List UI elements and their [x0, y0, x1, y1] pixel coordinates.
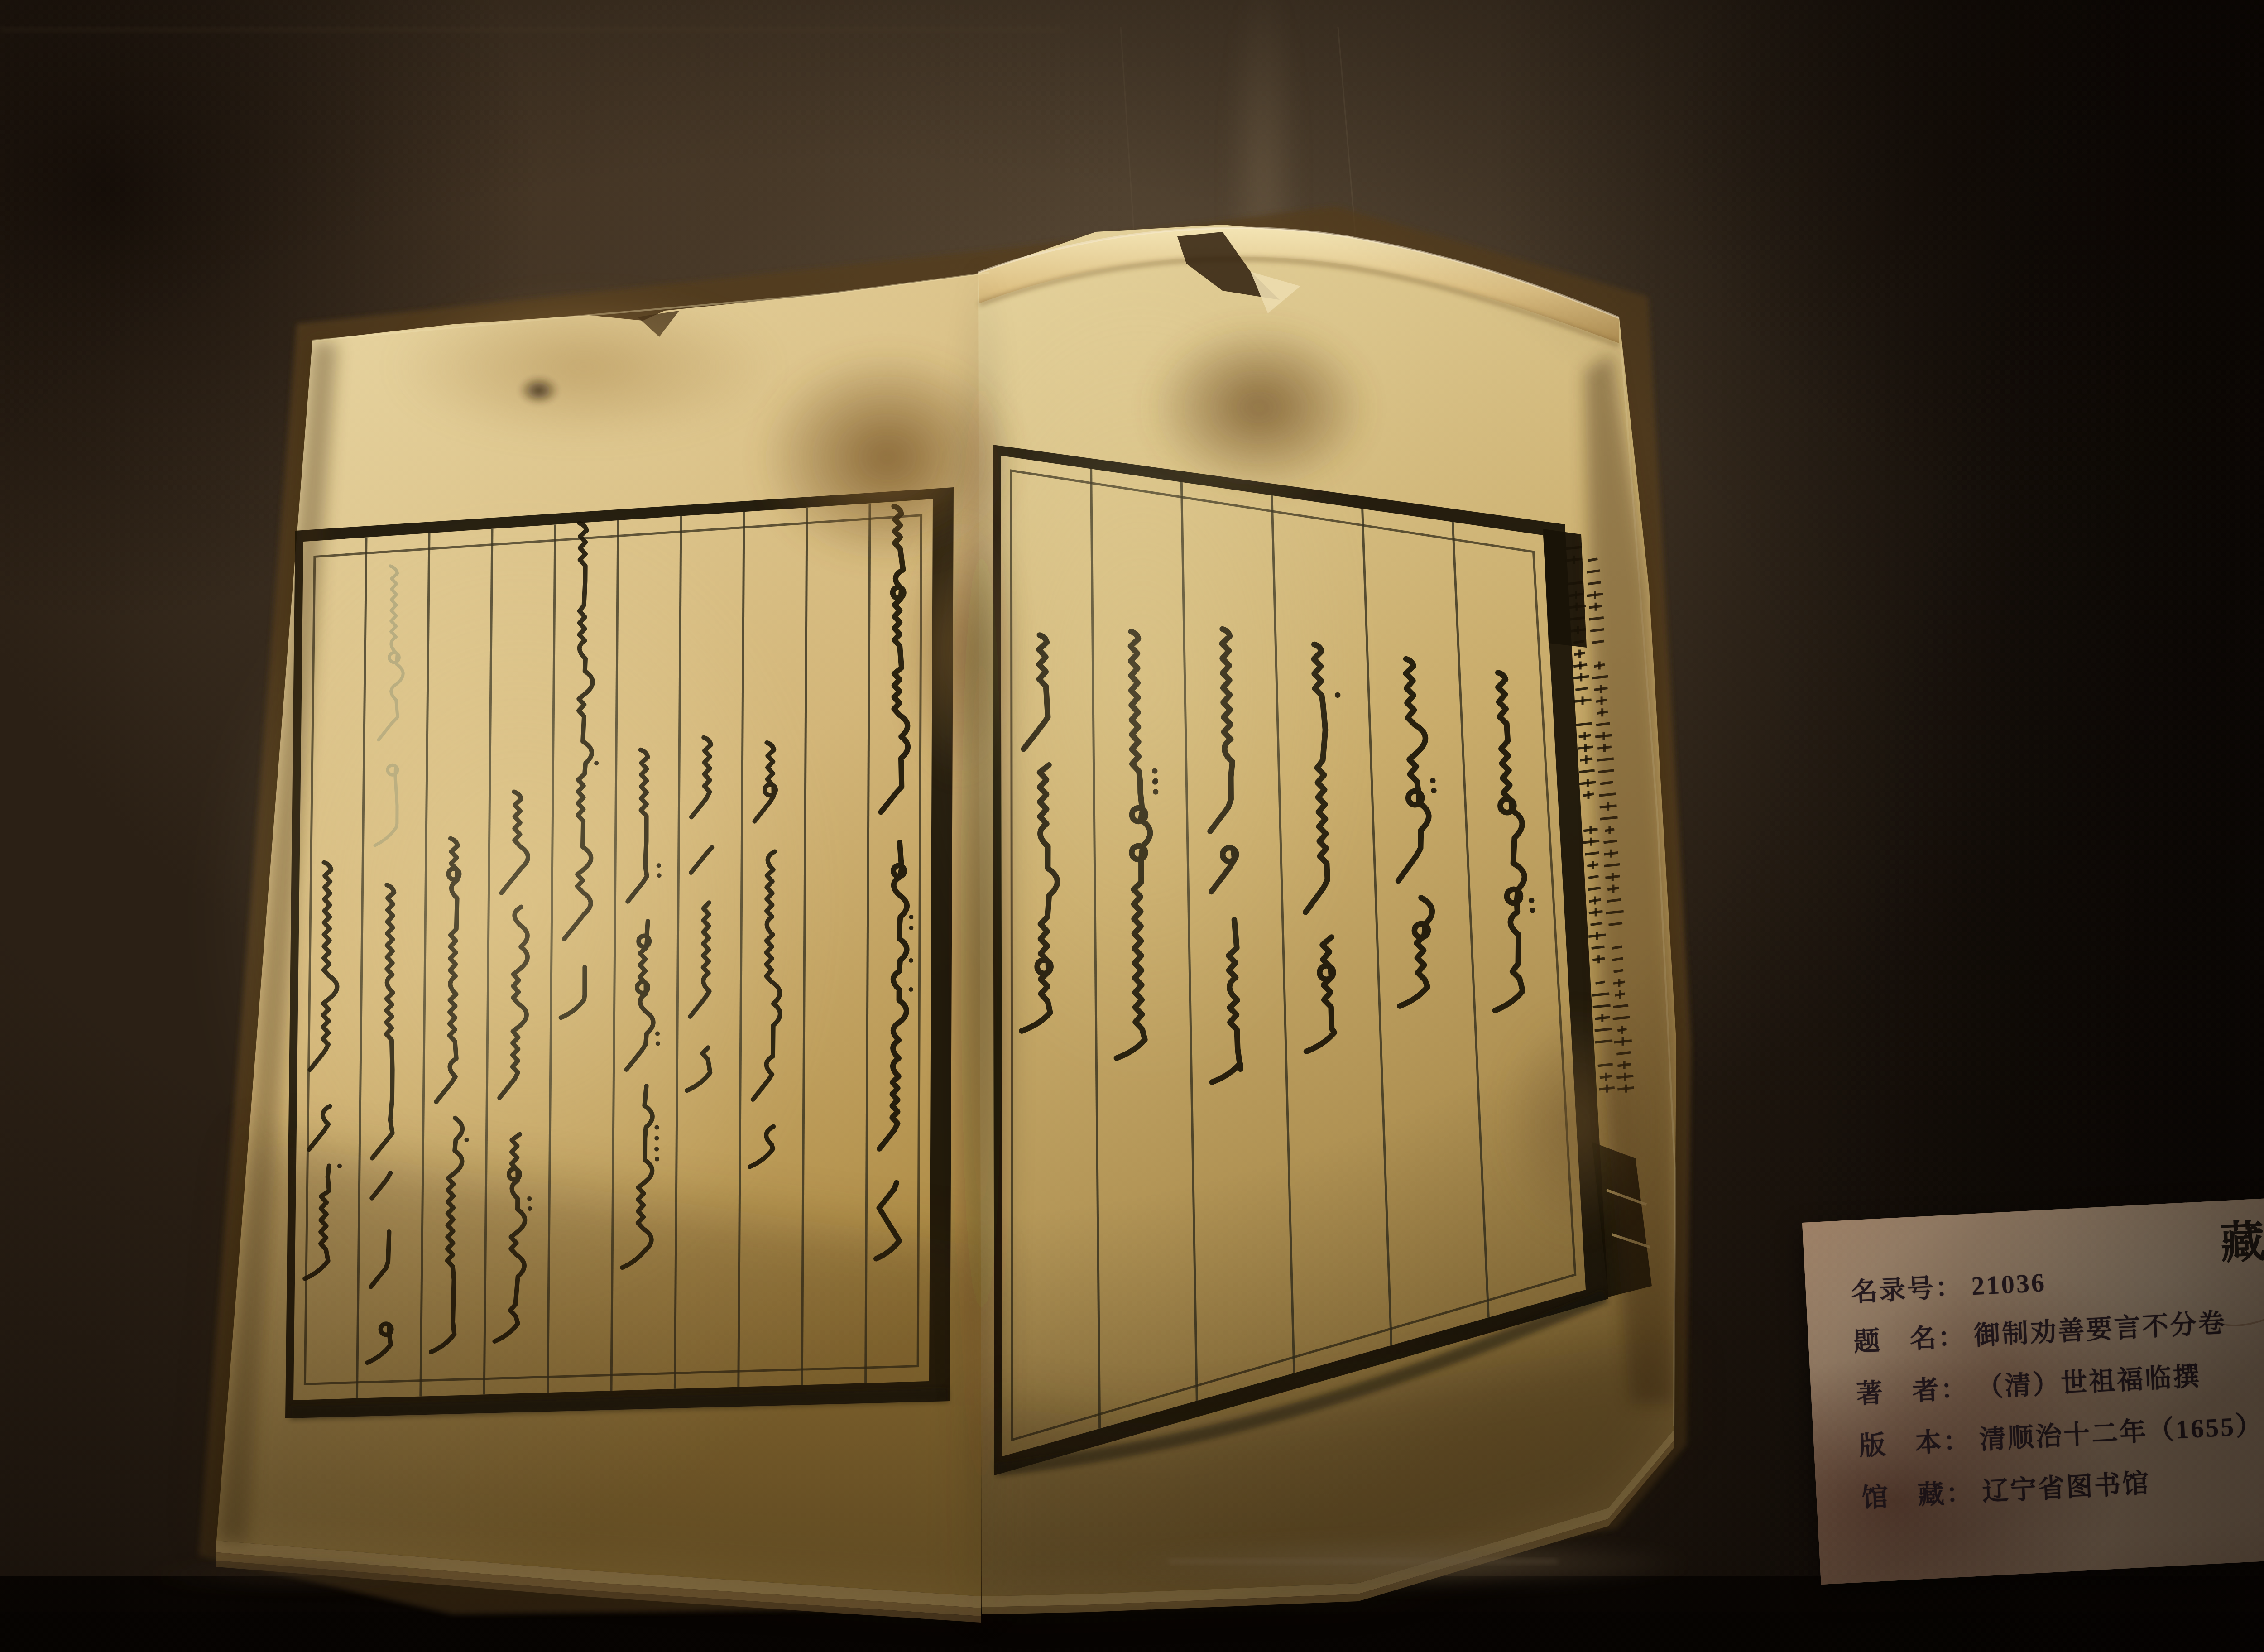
logo-char-cang: 藏	[2219, 1218, 2264, 1269]
field-registry-label: 名录号：	[1850, 1265, 1966, 1309]
museum-exhibit-photo: 藏之名山 傳之其人 名录号：21036 题 名：御制劝善要言不分卷 著 者：（清…	[0, 0, 2264, 1652]
field-edition-label: 版 本：	[1858, 1419, 1974, 1463]
logo-line-1: 藏之名山	[2219, 1201, 2264, 1272]
exhibit-label-card: 藏之名山 傳之其人 名录号：21036 题 名：御制劝善要言不分卷 著 者：（清…	[1802, 1188, 2264, 1585]
field-collection-label: 馆 藏：	[1861, 1471, 1977, 1515]
field-title-label: 题 名：	[1852, 1315, 1968, 1359]
field-author-label: 著 者：	[1856, 1367, 1971, 1411]
field-collection-value: 辽宁省图书馆	[1981, 1469, 2151, 1507]
field-registry-value: 21036	[1971, 1268, 2047, 1301]
